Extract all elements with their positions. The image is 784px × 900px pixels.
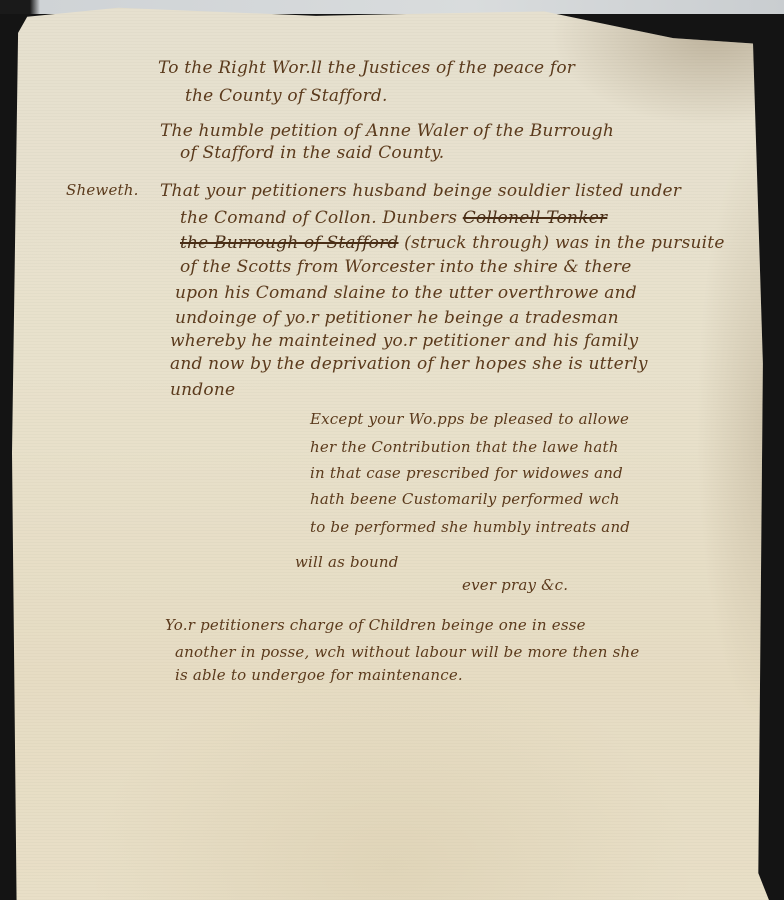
body-line-8: and now by the deprivation of her hopes … — [170, 356, 648, 373]
prayer-line-2: her the Contribution that the lawe hath — [310, 440, 619, 455]
body-line-9: undone — [170, 382, 235, 399]
postscript-line-1: Yo.r petitioners charge of Children bein… — [165, 618, 586, 633]
body-line-1: That your petitioners husband beinge sou… — [160, 183, 681, 200]
closing-line: ever pray &c. — [462, 578, 568, 593]
address-line-1: To the Right Wor.ll the Justices of the … — [158, 60, 575, 77]
prayer-line-4: hath beene Customarily performed wch — [310, 492, 620, 507]
prayer-line-6: will as bound — [295, 555, 399, 570]
body-line-7: whereby he mainteined yo.r petitioner an… — [170, 333, 638, 350]
body-line-4: of the Scotts from Worcester into the sh… — [180, 259, 632, 276]
prayer-line-3: in that case prescribed for widowes and — [310, 466, 623, 481]
struck-text: the Burrough of Stafford — [180, 233, 399, 253]
body-line-2-text: the Comand of Collon. Dunbers — [180, 208, 457, 228]
body-line-3-text: (struck through) was in the pursuite — [404, 233, 724, 253]
postscript-line-3: is able to undergoe for maintenance. — [175, 668, 463, 683]
struck-text: Collonell Tonker — [463, 208, 608, 228]
body-line-2: the Comand of Collon. Dunbers Collonell … — [180, 210, 607, 227]
margin-label-sheweth: Sheweth. — [66, 183, 139, 198]
petitioner-line-2: of Stafford in the said County. — [180, 145, 444, 162]
body-line-3: the Burrough of Stafford (struck through… — [180, 235, 725, 252]
prayer-line-1: Except your Wo.pps be pleased to allowe — [310, 412, 629, 427]
petitioner-line-1: The humble petition of Anne Waler of the… — [160, 123, 614, 140]
prayer-line-5: to be performed she humbly intreats and — [310, 520, 630, 535]
body-line-5: upon his Comand slaine to the utter over… — [175, 285, 637, 302]
address-line-2: the County of Stafford. — [185, 88, 388, 105]
body-line-6: undoinge of yo.r petitioner he beinge a … — [175, 310, 619, 327]
postscript-line-2: another in posse, wch without labour wil… — [175, 645, 639, 660]
